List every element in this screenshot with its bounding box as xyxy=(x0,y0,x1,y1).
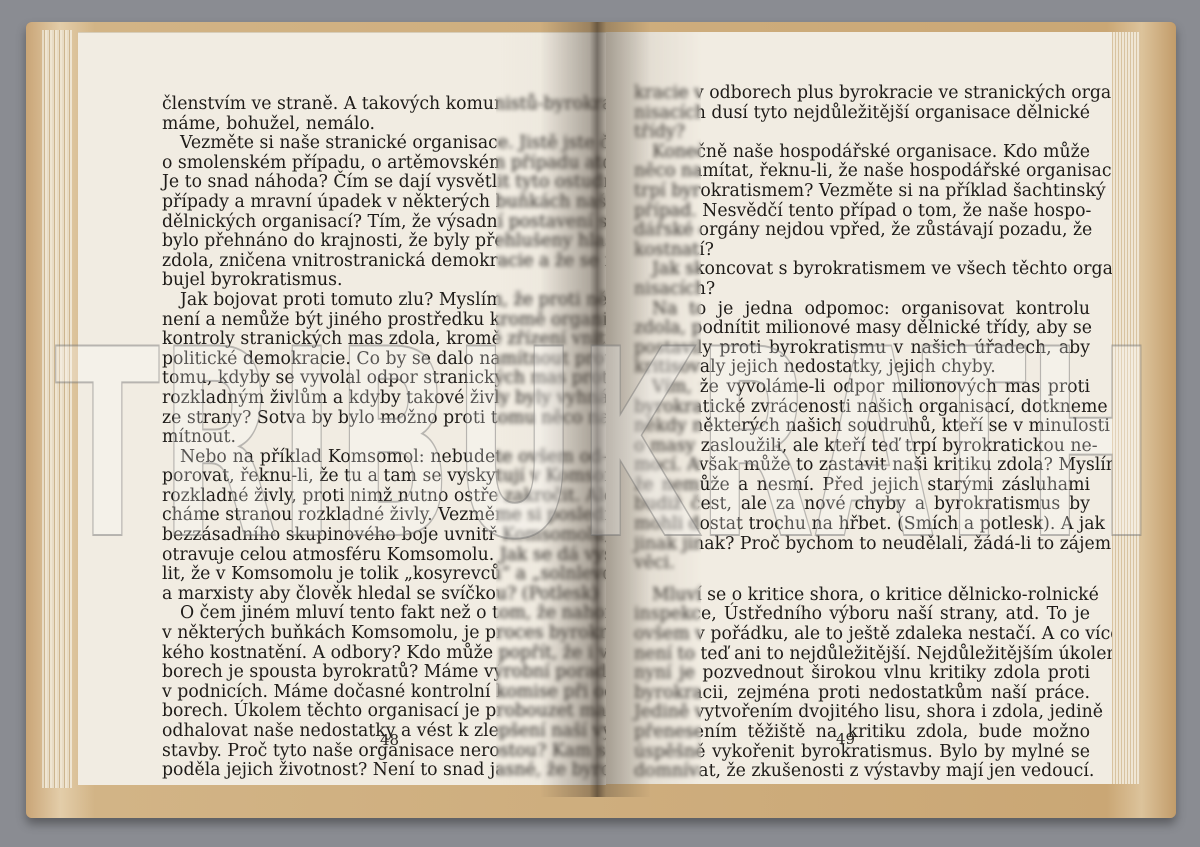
text-line: Na to je jedna odpomoc: organisovat kont… xyxy=(634,300,1090,320)
gutter-blur-left xyxy=(496,33,606,785)
right-page-number: 49 xyxy=(836,730,855,748)
left-page: členstvím ve straně. A takových komunist… xyxy=(78,32,606,785)
text-line: Vím, že vyvoláme-li odpor milionových ma… xyxy=(634,378,1090,398)
text-line: případ. Nesvědčí tento případ o tom, že … xyxy=(634,202,1090,222)
text-line: něco namítat, řeknu-li, že naše hospodář… xyxy=(634,162,1090,182)
text-line: někdy některých našich soudruhů, kteří s… xyxy=(634,417,1090,437)
text-line: postavily proti byrokratismu v našich úř… xyxy=(634,339,1090,359)
text-line: trpí byrokratismem? Vezměte si na příkla… xyxy=(634,182,1090,202)
right-page: kracie v odborech plus byrokracie ve str… xyxy=(606,32,1112,784)
text-line: nyní je pozvednout širokou vlnu kritiky … xyxy=(634,664,1090,684)
right-page-body-text: kracie v odborech plus byrokracie ve str… xyxy=(634,84,1090,782)
text-line: třídy? xyxy=(634,123,1090,143)
text-line: nisacích? xyxy=(634,280,1090,300)
text-line: úspěšně vykořenit byrokratismus. Bylo by… xyxy=(634,743,1090,763)
text-line: ovšem v pořádku, ale to ještě zdaleka ne… xyxy=(634,625,1090,645)
text-line: kostnatí? xyxy=(634,241,1090,261)
left-page-number: 48 xyxy=(380,731,399,749)
page-edges-left xyxy=(42,30,72,788)
text-line: budiž čest, ale za nové chyby a byrokrat… xyxy=(634,495,1090,515)
text-line: není to teď ani to nejdůležitější. Nejdů… xyxy=(634,645,1090,665)
gutter-blur-right xyxy=(606,32,701,784)
text-line: Jedině vytvořením dvojitého lisu, shora … xyxy=(634,703,1090,723)
text-line: byrokratické zvrácenosti našich organisa… xyxy=(634,398,1090,418)
text-line: jinak jinak? Proč bychom to neudělali, ž… xyxy=(634,535,1090,555)
page-edges-right xyxy=(1110,32,1140,784)
text-line: zdola, podnítit milionové masy dělnické … xyxy=(634,319,1090,339)
text-line: inspekce, Ústředního výboru naší strany,… xyxy=(634,605,1090,625)
text-line: Konečně naše hospodářské organisace. Kdo… xyxy=(634,143,1090,163)
text-line: přenesením těžiště na kritiku zdola, bud… xyxy=(634,723,1090,743)
text-line: Mluví se o kritice shora, o kritice děln… xyxy=(634,586,1090,606)
text-line: mocí. Avšak může to zastavit naši kritik… xyxy=(634,456,1090,476)
text-line: kracie v odborech plus byrokracie ve str… xyxy=(634,84,1090,104)
text-line: byrokracii, zejména proti nedostatkům na… xyxy=(634,684,1090,704)
text-line: Jak skoncovat s byrokratismem ve všech t… xyxy=(634,260,1090,280)
text-line: věci. xyxy=(634,554,1090,574)
text-line: o masy zasloužili, ale kteří teď trpí by… xyxy=(634,437,1090,457)
text-line: kritisovaly jejich nedostatky, jejich ch… xyxy=(634,358,1090,378)
text-line: nisacích dusí tyto nejdůležitější organi… xyxy=(634,104,1090,124)
text-line: dářské orgány nejdou vpřed, že zůstávají… xyxy=(634,221,1090,241)
text-line: že nemůže a nesmí. Před jejich starými z… xyxy=(634,476,1090,496)
text-line: mohli dostat trochu na hřbet. (Smích a p… xyxy=(634,515,1090,535)
text-line: domnívat, že zkušenosti z výstavby mají … xyxy=(634,762,1090,782)
